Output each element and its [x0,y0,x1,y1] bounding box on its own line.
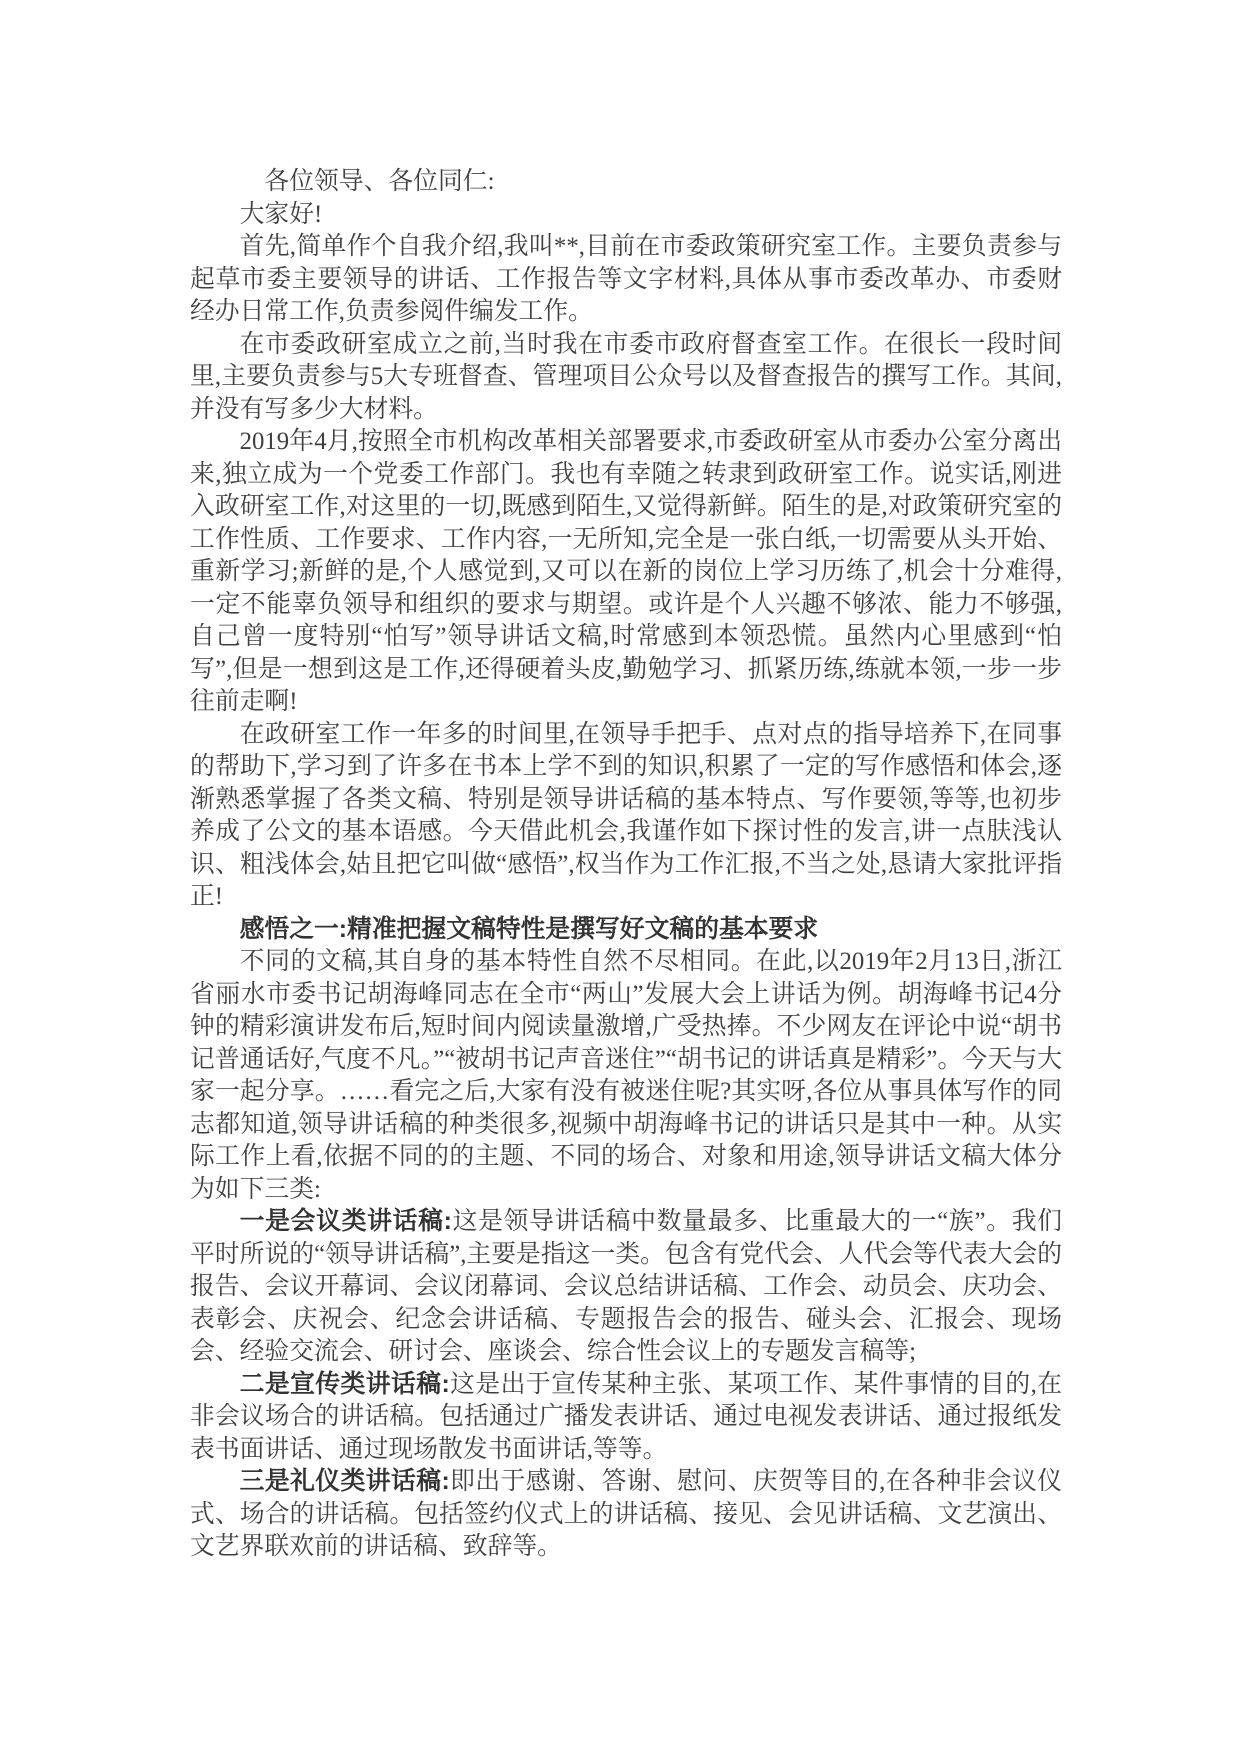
paragraph: 不同的文稿,其自身的基本特性自然不尽相同。在此,以2019年2月13日,浙江省丽… [190,946,1062,1206]
paragraph-lead-bold: 一是会议类讲话稿: [240,1208,452,1235]
paragraph: 大家好! [190,199,1062,232]
paragraph: 一是会议类讲话稿:这是领导讲话稿中数量最多、比重最大的一“族”。我们平时所说的“… [190,1206,1062,1369]
paragraph: 各位领导、各位同仁: [190,166,1062,199]
paragraph: 二是宣传类讲话稿:这是出于宣传某种主张、某项工作、某件事情的目的,在非会议场合的… [190,1369,1062,1467]
section-heading: 感悟之一:精准把握文稿特性是撰写好文稿的基本要求 [190,914,1062,947]
paragraph: 三是礼仪类讲话稿:即出于感谢、答谢、慰问、庆贺等目的,在各种非会议仪式、场合的讲… [190,1466,1062,1564]
document-page: 各位领导、各位同仁:大家好!首先,简单作个自我介绍,我叫**,目前在市委政策研究… [0,0,1240,1754]
paragraph: 在市委政研室成立之前,当时我在市委市政府督查室工作。在很长一段时间里,主要负责参… [190,329,1062,427]
paragraph-lead-bold: 二是宣传类讲话稿: [240,1371,450,1398]
paragraph: 在政研室工作一年多的时间里,在领导手把手、点对点的指导培养下,在同事的帮助下,学… [190,719,1062,914]
paragraph-lead-bold: 三是礼仪类讲话稿: [240,1468,450,1495]
paragraph: 2019年4月,按照全市机构改革相关部署要求,市委政研室从市委办公室分离出来,独… [190,426,1062,719]
document-body: 各位领导、各位同仁:大家好!首先,简单作个自我介绍,我叫**,目前在市委政策研究… [190,166,1062,1564]
paragraph: 首先,简单作个自我介绍,我叫**,目前在市委政策研究室工作。主要负责参与起草市委… [190,231,1062,329]
